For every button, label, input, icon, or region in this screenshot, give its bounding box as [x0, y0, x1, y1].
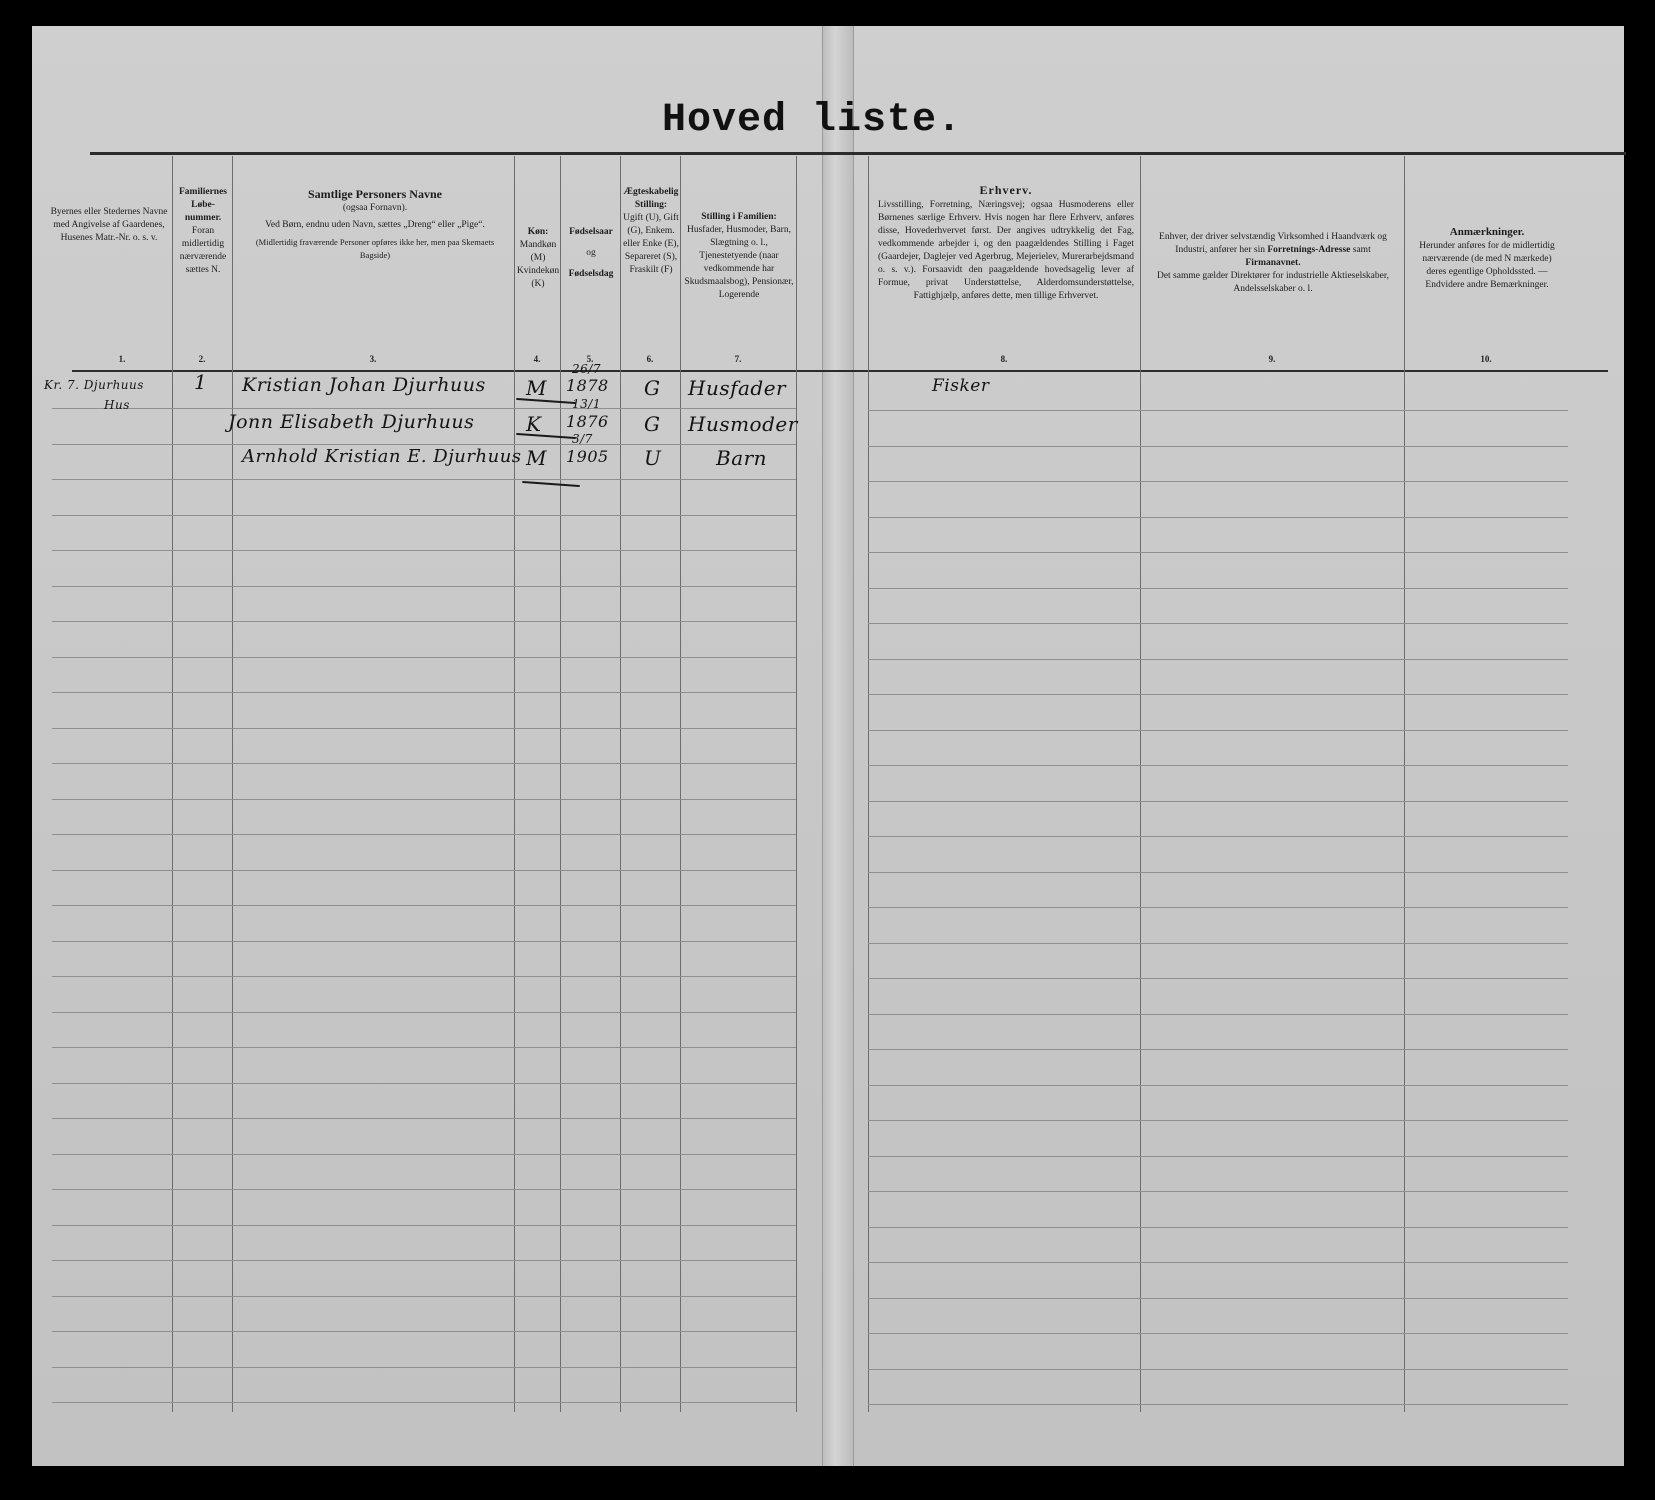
sex: K: [526, 412, 541, 436]
family-number: 1: [194, 370, 207, 394]
col-divider: [172, 156, 173, 1412]
page-fold: [822, 26, 854, 1466]
row-rule: [52, 799, 796, 800]
col-number: 8.: [868, 354, 1140, 364]
row-rule: [52, 586, 796, 587]
row-rule: [52, 515, 796, 516]
ink-stroke: [516, 433, 576, 439]
row-rule: [868, 481, 1568, 482]
page-title: Hoved liste.: [662, 98, 1062, 143]
row-rule: [868, 552, 1568, 553]
col2-header: Familiernes Løbe-nummer. Foran midlertid…: [174, 186, 232, 277]
row-rule: [868, 943, 1568, 944]
col-divider: [560, 156, 561, 1412]
row-rule: [52, 870, 796, 871]
row-rule: [868, 907, 1568, 908]
row-rule: [52, 1296, 796, 1297]
census-sheet: Hoved liste. Byernes eller Stedernes Nav…: [32, 26, 1624, 1466]
row-rule: [868, 872, 1568, 873]
header-top-rule: [90, 152, 1626, 155]
row-rule: [52, 1083, 796, 1084]
row-rule: [868, 623, 1568, 624]
row-rule: [52, 728, 796, 729]
row-rule: [868, 1262, 1568, 1263]
row-rule: [868, 410, 1568, 411]
row-rule: [52, 1118, 796, 1119]
col-number: 4.: [514, 354, 560, 364]
col-number: 2.: [172, 354, 232, 364]
marital-status: G: [644, 376, 660, 400]
col-divider: [868, 156, 869, 1412]
col-number: 10.: [1404, 354, 1568, 364]
row-rule: [868, 1369, 1568, 1370]
col-number: 7.: [680, 354, 796, 364]
row-rule: [52, 1012, 796, 1013]
row-rule: [52, 976, 796, 977]
row-rule: [868, 1298, 1568, 1299]
row-rule: [52, 1225, 796, 1226]
row-rule: [868, 978, 1568, 979]
row-rule: [52, 905, 796, 906]
col-number: 1.: [72, 354, 172, 364]
col-divider: [620, 156, 621, 1412]
row-rule: [868, 1191, 1568, 1192]
col9-header: Enhver, der driver selvstændig Virksomhe…: [1148, 231, 1398, 296]
row-rule: [868, 836, 1568, 837]
marital-status: U: [644, 446, 661, 470]
col-divider: [680, 156, 681, 1412]
row-rule: [868, 1014, 1568, 1015]
col-divider: [232, 156, 233, 1412]
sex: M: [526, 446, 547, 470]
row-rule: [52, 408, 796, 409]
row-rule: [868, 1049, 1568, 1050]
row-rule: [868, 588, 1568, 589]
col5-header: Fødselsaar og Fødselsdag: [562, 226, 620, 281]
ink-stroke: [522, 481, 580, 487]
family-role: Husfader: [688, 376, 786, 400]
col3-header: Samtlige Personers Navne (ogsaa Fornavn)…: [240, 186, 510, 262]
birth-year: 1905: [566, 447, 609, 466]
birth-day: 13/1: [572, 397, 601, 411]
row-rule: [868, 1156, 1568, 1157]
col-divider: [796, 156, 797, 1412]
col-divider: [1404, 156, 1405, 1412]
col10-header: Anmærkninger. Herunder anføres for de mi…: [1412, 224, 1562, 292]
col1-header: Byernes eller Stedernes Navne med Angive…: [48, 206, 170, 245]
row-rule: [52, 1260, 796, 1261]
birth-year: 1878: [566, 376, 609, 395]
row-rule: [868, 801, 1568, 802]
row-rule: [52, 1367, 796, 1368]
row-rule: [52, 1154, 796, 1155]
row-rule: [868, 694, 1568, 695]
row-rule: [868, 1333, 1568, 1334]
row-rule: [52, 1331, 796, 1332]
person-name: Kristian Johan Djurhuus: [242, 374, 486, 396]
col-number: 3.: [232, 354, 514, 364]
person-name: Arnhold Kristian E. Djurhuus: [242, 446, 522, 467]
person-name: Jonn Elisabeth Djurhuus: [228, 411, 474, 433]
row-rule: [868, 1085, 1568, 1086]
row-rule: [52, 1047, 796, 1048]
sex: M: [526, 376, 547, 400]
row-rule: [52, 941, 796, 942]
col-number: 6.: [620, 354, 680, 364]
row-rule: [52, 692, 796, 693]
row-rule: [868, 1227, 1568, 1228]
family-role: Husmoder: [688, 412, 798, 436]
row-rule: [52, 444, 796, 445]
col-divider: [1140, 156, 1141, 1412]
occupation: Fisker: [932, 376, 989, 396]
row-rule: [52, 1189, 796, 1190]
row-rule: [52, 763, 796, 764]
col-divider: [514, 156, 515, 1412]
row-rule: [868, 446, 1568, 447]
marital-status: G: [644, 412, 660, 436]
col4-header: Køn: Mandkøn (M) Kvindekøn (K): [516, 226, 560, 291]
col8-header: Erhverv. Livsstilling, Forretning, Nærin…: [878, 181, 1134, 303]
row-rule: [868, 765, 1568, 766]
row-rule: [868, 1404, 1568, 1405]
row-rule: [52, 834, 796, 835]
col-number: 9.: [1140, 354, 1404, 364]
row-rule: [868, 730, 1568, 731]
place-entry: Kr. 7. Djurhuus: [44, 378, 144, 392]
birth-year: 1876: [566, 412, 609, 431]
row-rule: [52, 621, 796, 622]
row-rule: [52, 479, 796, 480]
place-entry-line2: Hus: [104, 398, 130, 412]
birth-day: 26/7: [572, 362, 601, 376]
row-rule: [52, 1402, 796, 1403]
row-rule: [868, 659, 1568, 660]
row-rule: [52, 657, 796, 658]
row-rule: [868, 517, 1568, 518]
header-bottom-rule: [72, 370, 1608, 372]
row-rule: [52, 550, 796, 551]
row-rule: [868, 1120, 1568, 1121]
col6-header: Ægteskabelig Stilling: Ugift (U), Gift (…: [622, 186, 680, 277]
col7-header: Stilling i Familien: Husfader, Husmoder,…: [682, 211, 796, 302]
family-role: Barn: [716, 446, 767, 470]
